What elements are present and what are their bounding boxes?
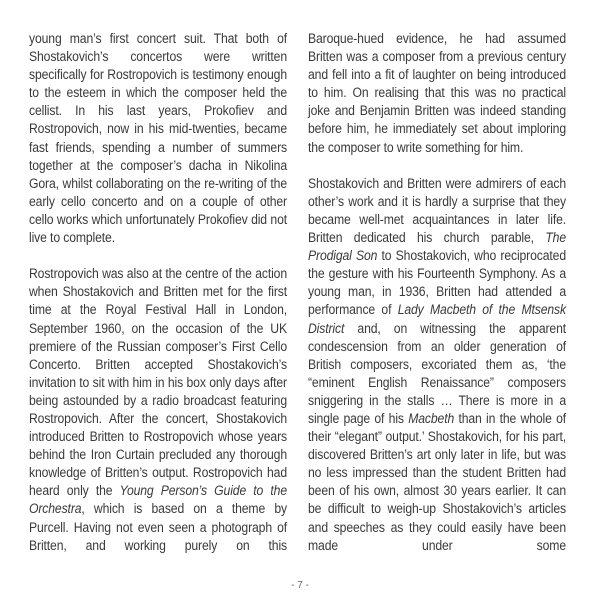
page-number: - 7 - bbox=[0, 580, 600, 591]
paragraph: Baroque-hued evidence, he had assumed Br… bbox=[308, 30, 566, 157]
text-column-left: young man’s first concert suit. That bot… bbox=[29, 30, 251, 555]
text-segment: Shostakovich and Britten were admirers o… bbox=[308, 176, 566, 246]
document-page: young man’s first concert suit. That bot… bbox=[0, 0, 600, 599]
work-title-italic: Macbeth bbox=[408, 411, 454, 427]
text-column-right: Baroque-hued evidence, he had assumed Br… bbox=[308, 30, 530, 555]
column-left-body: young man’s first concert suit. That bot… bbox=[29, 30, 287, 555]
column-right-body: Baroque-hued evidence, he had assumed Br… bbox=[308, 30, 566, 555]
paragraph: Shostakovich and Britten were admirers o… bbox=[308, 175, 566, 555]
text-segment: than in the whole of their “elegant” out… bbox=[308, 411, 566, 554]
paragraph: young man’s first concert suit. That bot… bbox=[29, 30, 287, 247]
paragraph: Rostropovich was also at the centre of t… bbox=[29, 265, 287, 555]
text-segment: Baroque-hued evidence, he had assumed Br… bbox=[308, 31, 566, 156]
text-segment: young man’s first concert suit. That bot… bbox=[29, 31, 287, 246]
text-segment: Rostropovich was also at the centre of t… bbox=[29, 266, 287, 499]
